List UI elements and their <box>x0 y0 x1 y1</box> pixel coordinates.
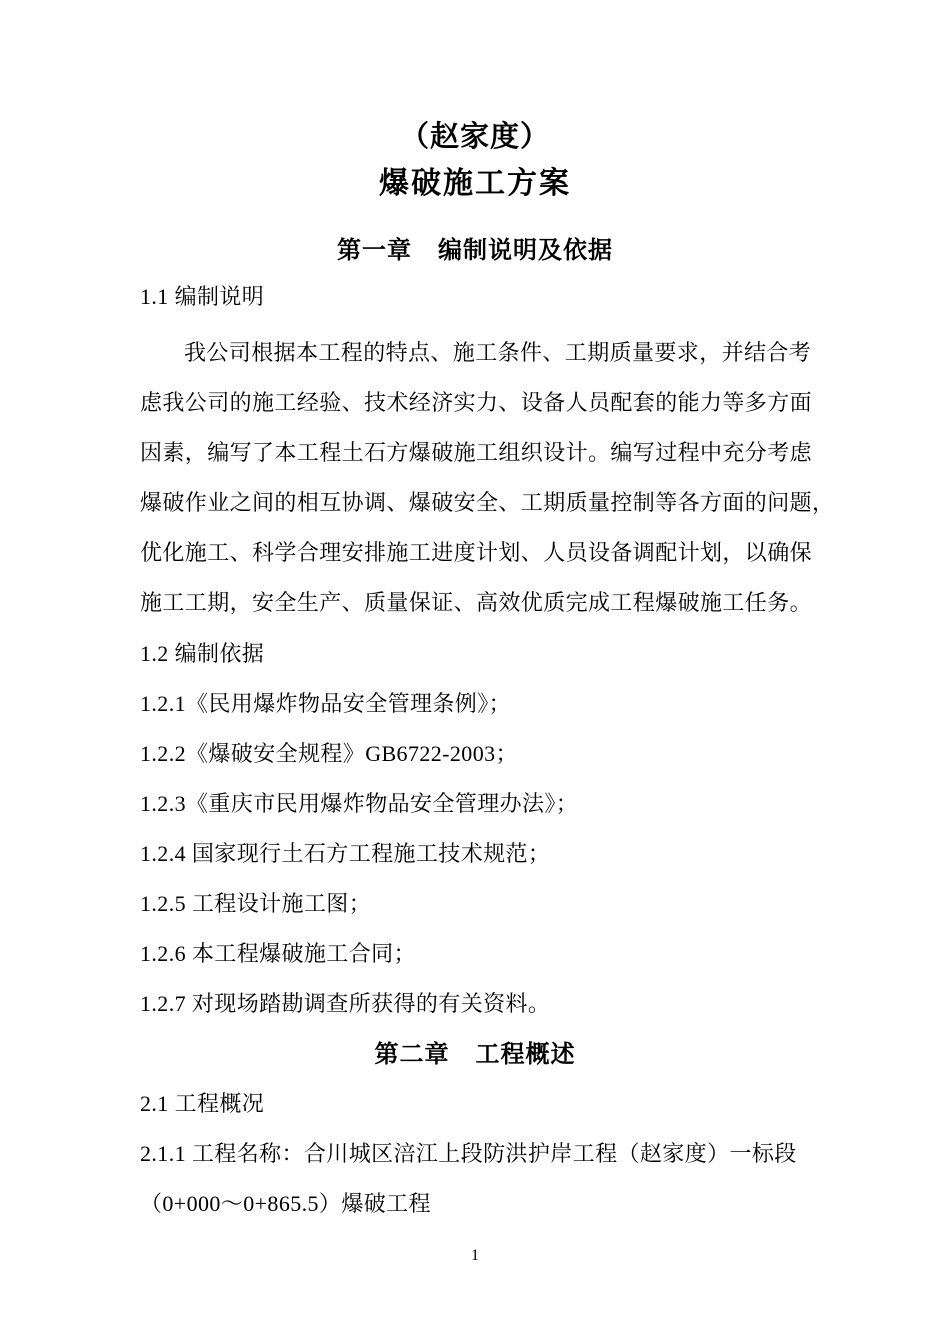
paragraph-line: 施工工期，安全生产、质量保证、高效优质完成工程爆破施工任务。 <box>140 578 810 628</box>
document-page: （赵家度） 爆破施工方案 第一章编制说明及依据 1.1 编制说明 我公司根据本工… <box>0 0 950 1344</box>
text-line: （0+000～0+865.5）爆破工程 <box>140 1179 810 1229</box>
section-1-2-list: 1.2.1《民用爆炸物品安全管理条例》； 1.2.2《爆破安全规程》GB6722… <box>140 679 810 1029</box>
document-title-line1: （赵家度） <box>140 0 810 154</box>
list-item: 1.2.3《重庆市民用爆炸物品安全管理办法》； <box>140 779 810 829</box>
section-1-1-heading: 1.1 编制说明 <box>140 272 810 322</box>
chapter2-title: 工程概述 <box>476 1041 576 1068</box>
page-number: 1 <box>140 1246 810 1266</box>
list-item: 1.2.4 国家现行土石方工程施工技术规范； <box>140 829 810 879</box>
paragraph-line: 我公司根据本工程的特点、施工条件、工期质量要求，并结合考 <box>140 328 810 378</box>
list-item: 1.2.2《爆破安全规程》GB6722-2003； <box>140 729 810 779</box>
paragraph-line: 优化施工、科学合理安排施工进度计划、人员设备调配计划，以确保 <box>140 528 810 578</box>
chapter2-heading: 第二章工程概述 <box>140 1038 810 1072</box>
section-1-1-paragraph: 我公司根据本工程的特点、施工条件、工期质量要求，并结合考 虑我公司的施工经验、技… <box>140 328 810 628</box>
chapter2-number: 第二章 <box>375 1041 450 1068</box>
list-item: 1.2.7 对现场踏勘调查所获得的有关资料。 <box>140 979 810 1029</box>
chapter1-heading: 第一章编制说明及依据 <box>140 234 810 268</box>
list-item: 1.2.6 本工程爆破施工合同； <box>140 929 810 979</box>
document-title-line2: 爆破施工方案 <box>140 166 810 202</box>
paragraph-line: 因素，编写了本工程土石方爆破施工组织设计。编写过程中充分考虑 <box>140 428 810 478</box>
list-item: 1.2.5 工程设计施工图； <box>140 879 810 929</box>
section-2-1-heading: 2.1 工程概况 <box>140 1079 810 1129</box>
chapter1-title: 编制说明及依据 <box>438 237 613 264</box>
list-item: 1.2.1《民用爆炸物品安全管理条例》； <box>140 679 810 729</box>
paragraph-line: 爆破作业之间的相互协调、爆破安全、工期质量控制等各方面的问题， <box>140 478 810 528</box>
text-line: 2.1.1 工程名称：合川城区涪江上段防洪护岸工程（赵家度）一标段 <box>140 1129 810 1179</box>
paragraph-line: 虑我公司的施工经验、技术经济实力、设备人员配套的能力等多方面 <box>140 378 810 428</box>
section-1-2-heading: 1.2 编制依据 <box>140 629 810 679</box>
chapter1-number: 第一章 <box>337 237 412 264</box>
section-2-1-text: 2.1.1 工程名称：合川城区涪江上段防洪护岸工程（赵家度）一标段 （0+000… <box>140 1129 810 1229</box>
page-content: （赵家度） 爆破施工方案 第一章编制说明及依据 1.1 编制说明 我公司根据本工… <box>140 0 810 1266</box>
